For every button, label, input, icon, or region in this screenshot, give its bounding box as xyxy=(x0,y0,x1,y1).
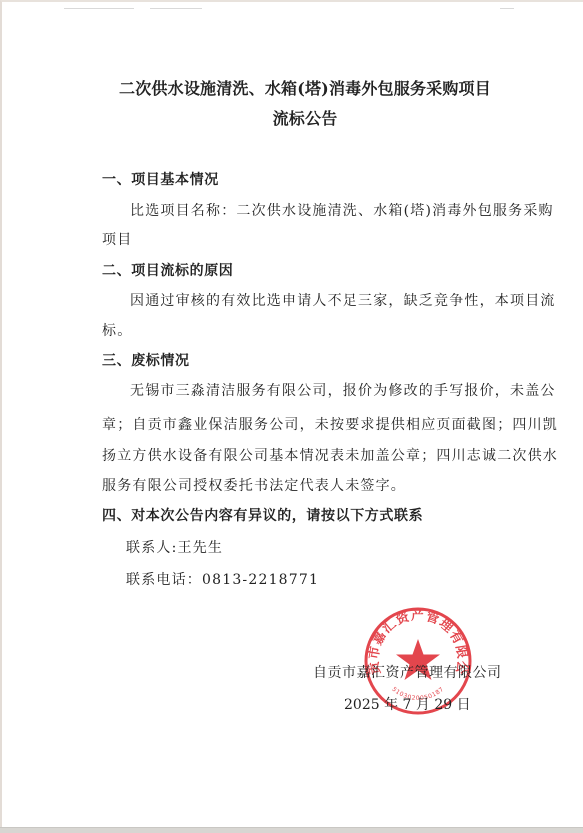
section-heading-failure-reason: 二、项目流标的原因 xyxy=(102,262,233,280)
document-title: 二次供水设施清洗、水箱(塔)消毒外包服务采购项目 xyxy=(2,79,583,99)
body-line: 章；自贡市鑫业保洁服务公司，未按要求提供相应页面截图；四川凯 xyxy=(102,416,558,434)
contact-phone: 联系电话：0813-2218771 xyxy=(126,571,319,589)
body-line: 标。 xyxy=(102,322,132,340)
section-heading-invalid-bids: 三、废标情况 xyxy=(102,352,190,370)
body-line: 因通过审核的有效比选申请人不足三家，缺乏竞争性，本项目流 xyxy=(130,292,556,310)
body-line: 服务有限公司授权委托书法定代表人未签字。 xyxy=(102,477,406,495)
body-line: 项目 xyxy=(102,231,132,249)
contact-person: 联系人:王先生 xyxy=(126,539,223,557)
page-bottom-edge xyxy=(0,827,583,833)
body-line: 比选项目名称：二次供水设施清洗、水箱(塔)消毒外包服务采购 xyxy=(130,202,554,220)
document-subtitle: 流标公告 xyxy=(2,109,583,129)
body-line: 扬立方供水设备有限公司基本情况表未加盖公章；四川志诚二次供水 xyxy=(102,447,558,465)
scan-artifact xyxy=(500,8,514,9)
section-heading-basic-info: 一、项目基本情况 xyxy=(102,171,219,189)
scan-artifact xyxy=(150,8,202,9)
scan-artifact xyxy=(64,8,134,9)
issue-date: 2025 年 7 月 29 日 xyxy=(344,696,471,714)
issuer-company: 自贡市嘉汇资产管理有限公司 xyxy=(313,664,502,682)
document-page: 二次供水设施清洗、水箱(塔)消毒外包服务采购项目 流标公告 一、项目基本情况 比… xyxy=(0,0,583,833)
body-line: 无锡市三淼清洁服务有限公司，报价为修改的手写报价，未盖公 xyxy=(130,382,556,400)
section-heading-contact: 四、对本次公告内容有异议的，请按以下方式联系 xyxy=(102,507,423,525)
